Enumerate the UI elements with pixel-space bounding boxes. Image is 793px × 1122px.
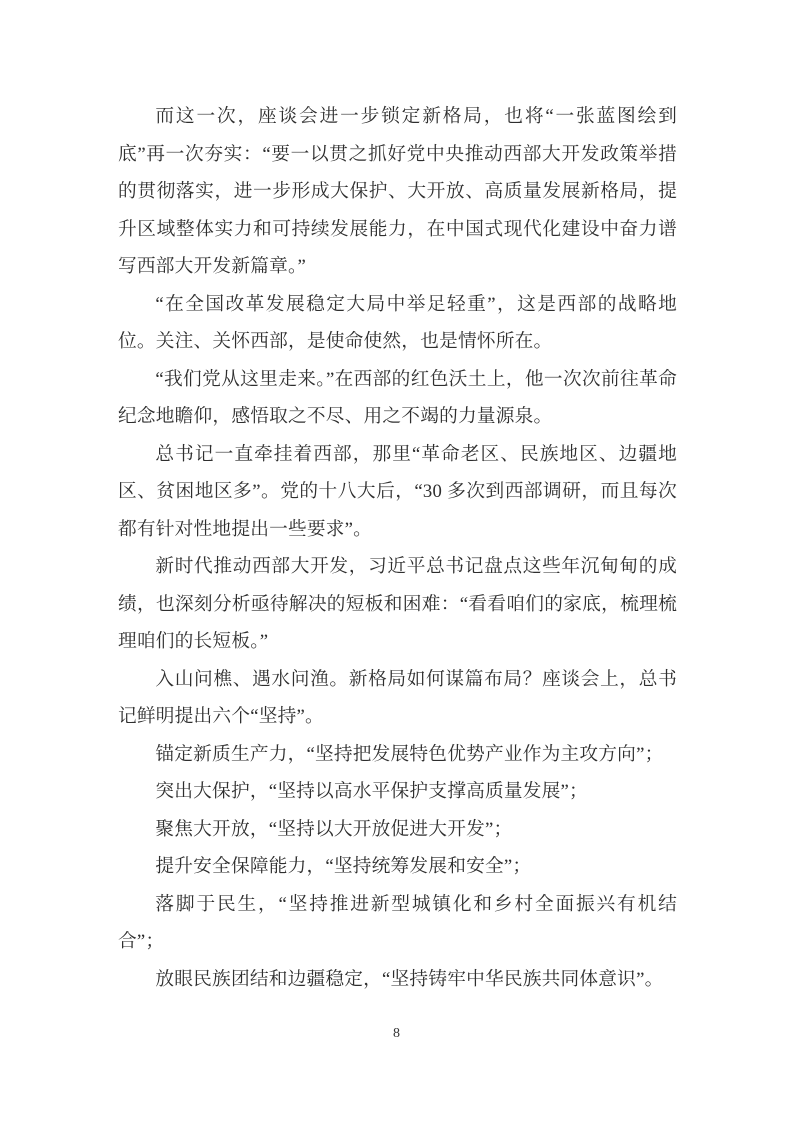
paragraph: “我们党从这里走来。”在西部的红色沃土上，他一次次前往革命纪念地瞻仰，感悟取之不… — [118, 361, 677, 436]
paragraph: 放眼民族团结和边疆稳定，“坚持铸牢中华民族共同体意识”。 — [118, 961, 677, 999]
paragraph: 而这一次，座谈会进一步锁定新格局，也将“一张蓝图绘到底”再一次夯实：“要一以贯之… — [118, 98, 677, 286]
paragraph: 锚定新质生产力，“坚持把发展特色优势产业作为主攻方向”； — [118, 736, 677, 774]
paragraph: 提升安全保障能力，“坚持统筹发展和安全”； — [118, 848, 677, 886]
paragraph: 落脚于民生，“坚持推进新型城镇化和乡村全面振兴有机结合”； — [118, 886, 677, 961]
paragraph: 入山问樵、遇水问渔。新格局如何谋篇布局？座谈会上，总书记鲜明提出六个“坚持”。 — [118, 661, 677, 736]
document-page: 而这一次，座谈会进一步锁定新格局，也将“一张蓝图绘到底”再一次夯实：“要一以贯之… — [0, 0, 793, 1122]
paragraph: 突出大保护，“坚持以高水平保护支撑高质量发展”； — [118, 773, 677, 811]
paragraph: 聚焦大开放，“坚持以大开放促进大开发”； — [118, 811, 677, 849]
page-number: 8 — [0, 1025, 793, 1043]
document-body: 而这一次，座谈会进一步锁定新格局，也将“一张蓝图绘到底”再一次夯实：“要一以贯之… — [118, 98, 677, 998]
paragraph: 总书记一直牵挂着西部，那里“革命老区、民族地区、边疆地区、贫困地区多”。党的十八… — [118, 436, 677, 549]
paragraph: “在全国改革发展稳定大局中举足轻重”，这是西部的战略地位。关注、关怀西部，是使命… — [118, 286, 677, 361]
paragraph: 新时代推动西部大开发，习近平总书记盘点这些年沉甸甸的成绩，也深刻分析亟待解决的短… — [118, 548, 677, 661]
